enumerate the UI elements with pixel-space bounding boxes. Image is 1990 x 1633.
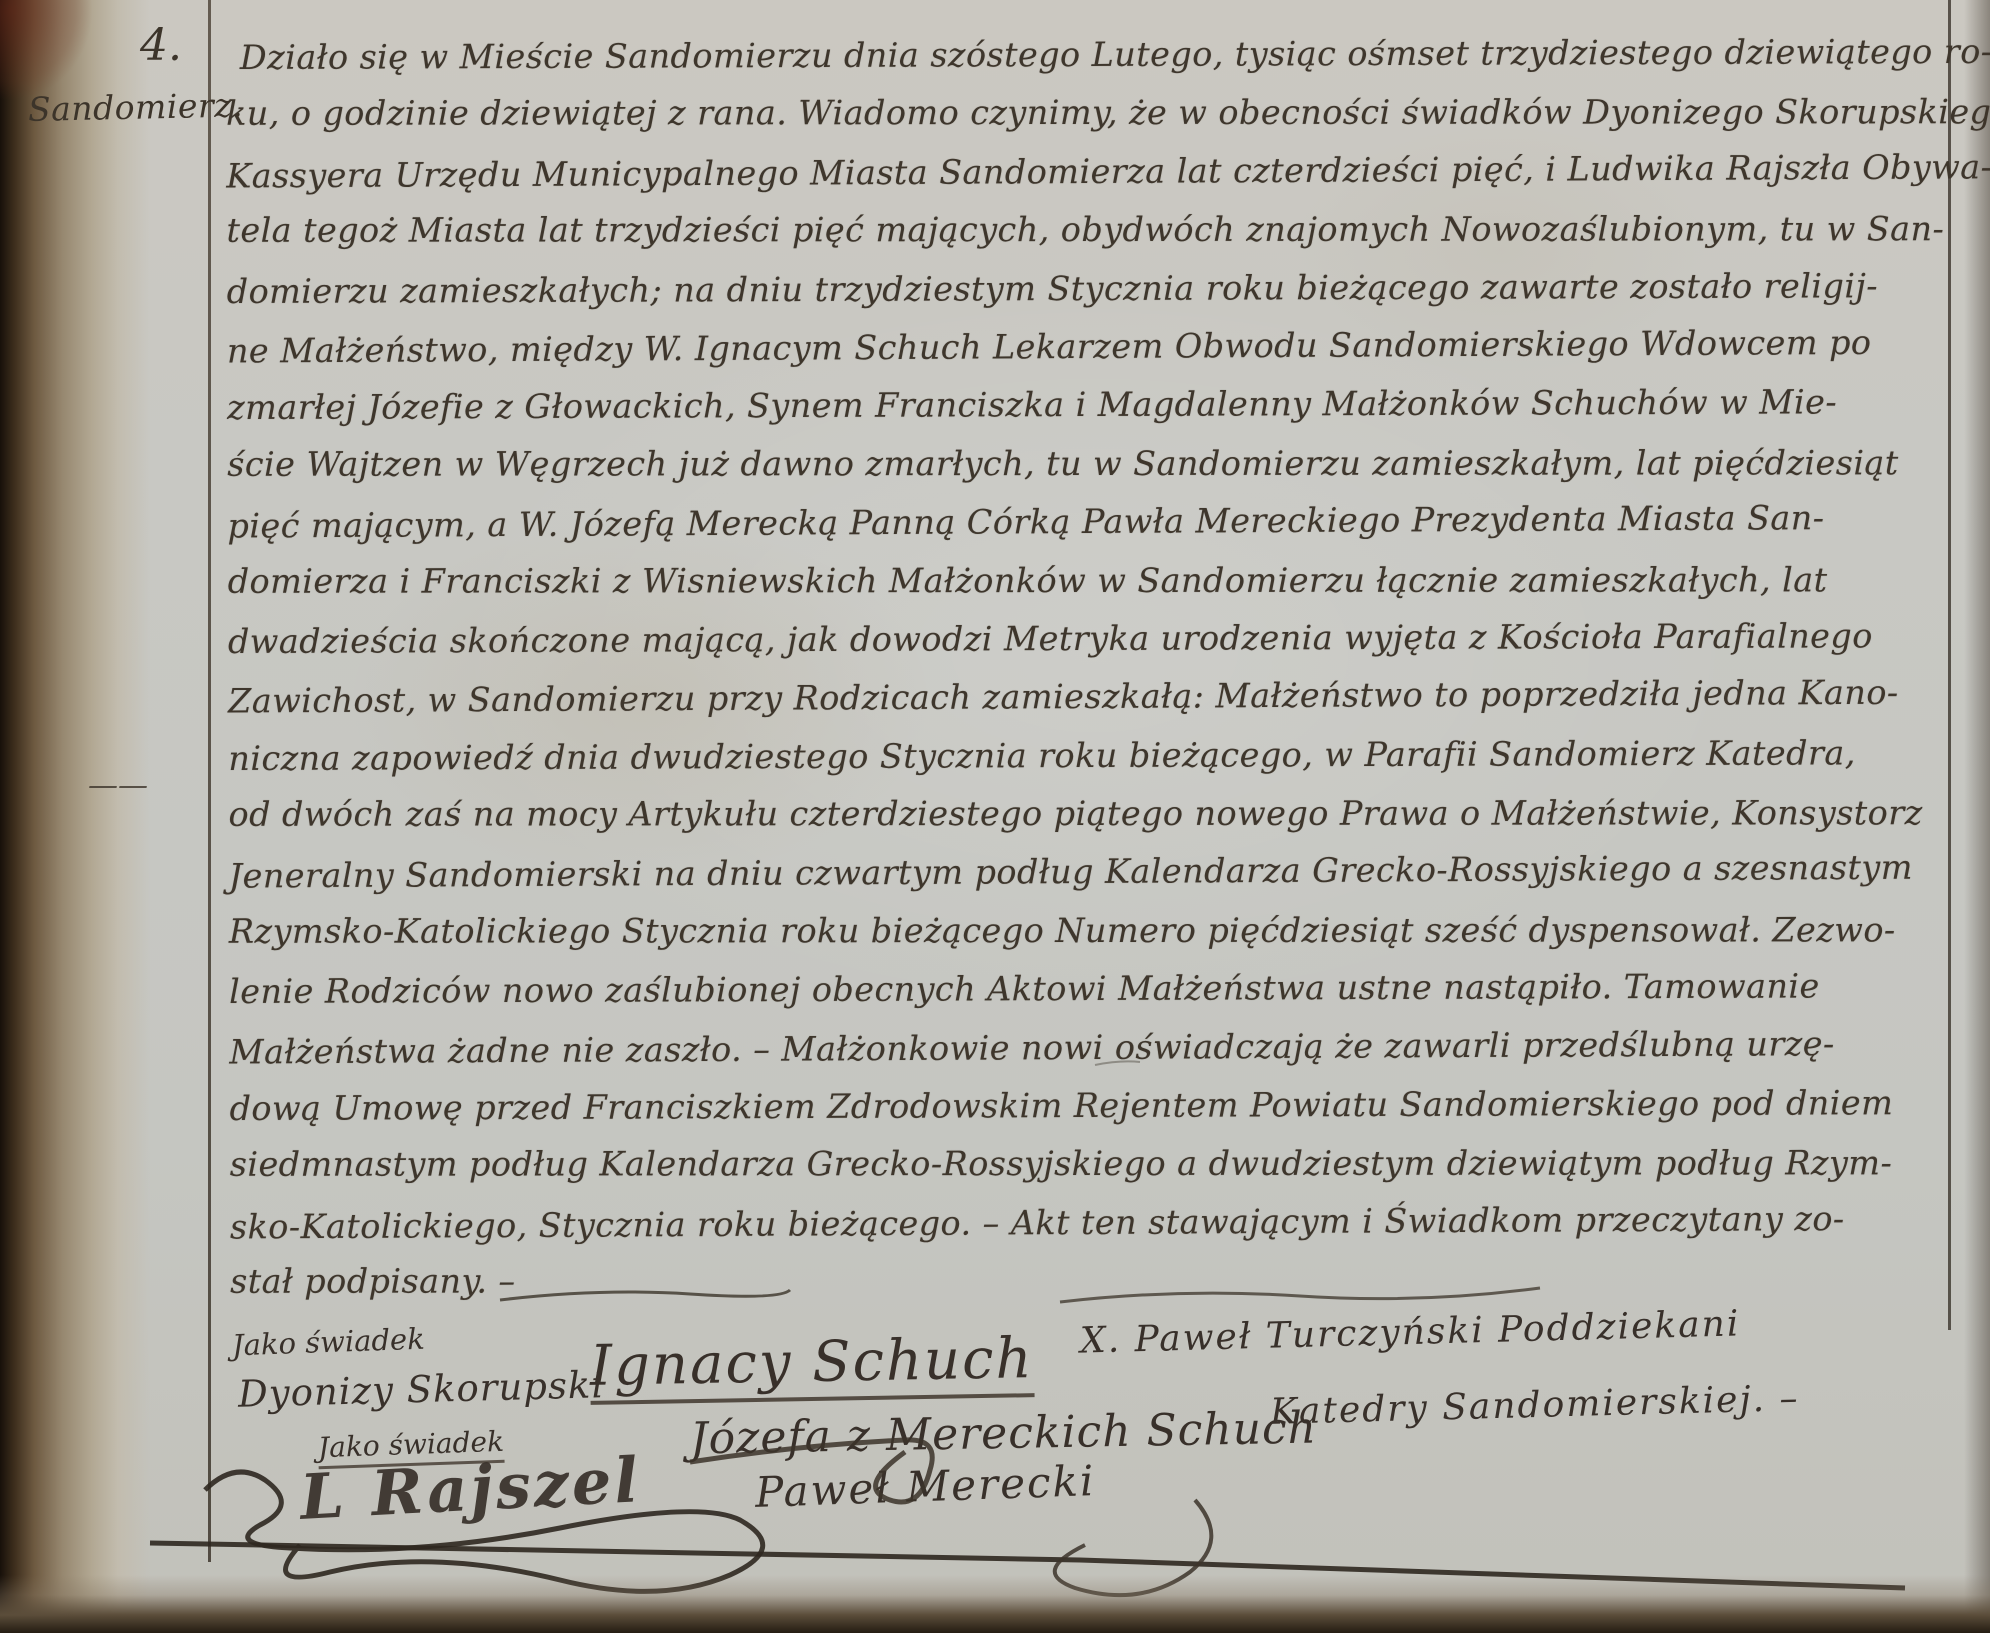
- record-line: stał podpisany. –: [230, 1251, 1955, 1311]
- record-line: domierza i Franciszki z Wisniewskich Mał…: [228, 551, 1953, 611]
- record-line: Zawichost, w Sandomierzu przy Rodzicach …: [228, 664, 1953, 731]
- father-signature-merecki: Paweł Merecki: [754, 1456, 1096, 1517]
- priest-signature-line-1: X. Paweł Turczyński Poddziekani: [1080, 1303, 1741, 1361]
- bottom-edge-shadow: [0, 1575, 1990, 1633]
- record-line: sko-Katolickiego, Stycznia roku bieżąceg…: [230, 1189, 1955, 1256]
- record-line: dwadzieścia skończone mającą, jak dowodz…: [228, 607, 1953, 671]
- witness-signature-skorupski: Dyonizy Skorupski: [237, 1363, 604, 1416]
- record-line: niczna zapowiedź dnia dwudziestego Stycz…: [228, 724, 1953, 788]
- register-page: 4. Sandomierz. —— Działo się w Mieście S…: [0, 0, 1990, 1633]
- record-line: Działo się w Mieście Sandomierzu dnia sz…: [226, 23, 1951, 87]
- entry-number: 4.: [140, 20, 210, 71]
- record-line: dową Umowę przed Franciszkiem Zdrodowski…: [229, 1074, 1954, 1138]
- record-line: pięć mającym, a W. Józefą Merecką Panną …: [227, 489, 1952, 556]
- record-line: Małżeństwa żadne nie zaszło. – Małżonkow…: [229, 1014, 1954, 1081]
- witness-label-1: Jako świadek: [231, 1322, 425, 1363]
- priest-signature-line-2: Katedry Sandomierskiej. –: [1270, 1378, 1800, 1433]
- record-line: Kassyera Urzędu Municypalnego Miasta San…: [226, 138, 1951, 205]
- groom-signature-schuch: Ignacy Schuch: [589, 1326, 1034, 1405]
- record-line: Rzymsko-Katolickiego Stycznia roku bieżą…: [229, 901, 1954, 961]
- record-line: Jeneralny Sandomierski na dniu czwartym …: [229, 839, 1954, 906]
- margin-divider-line: [208, 0, 211, 1562]
- margin-place-name: Sandomierz.: [28, 86, 214, 129]
- bride-signature-merecka: Józefa z Mereckich Schuch: [690, 1403, 1318, 1465]
- page-edge-shadow: [1964, 0, 1990, 1633]
- record-line: od dwóch zaś na mocy Artykułu czterdzies…: [228, 784, 1953, 844]
- record-line: zmarłej Józefie z Głowackich, Synem Fran…: [227, 373, 1952, 437]
- record-line: ku, o godzinie dziewiątej z rana. Wiadom…: [226, 84, 1951, 144]
- record-text: Działo się w Mieście Sandomierzu dnia sz…: [226, 23, 1955, 1314]
- record-line: lenie Rodziców nowo zaślubionej obecnych…: [229, 957, 1954, 1021]
- record-line: domierzu zamieszkałych; na dniu trzydzie…: [227, 257, 1952, 321]
- record-line: tela tegoż Miasta lat trzydzieści pięć m…: [226, 200, 1951, 260]
- record-line: siedmnastym podług Kalendarza Grecko-Ros…: [230, 1135, 1955, 1195]
- book-binding-shadow: [0, 0, 150, 1633]
- record-line: ście Wajtzen w Węgrzech już dawno zmarły…: [227, 434, 1952, 494]
- record-line: ne Małżeństwo, między W. Ignacym Schuch …: [227, 313, 1952, 380]
- margin-dash-mark: ——: [88, 768, 148, 803]
